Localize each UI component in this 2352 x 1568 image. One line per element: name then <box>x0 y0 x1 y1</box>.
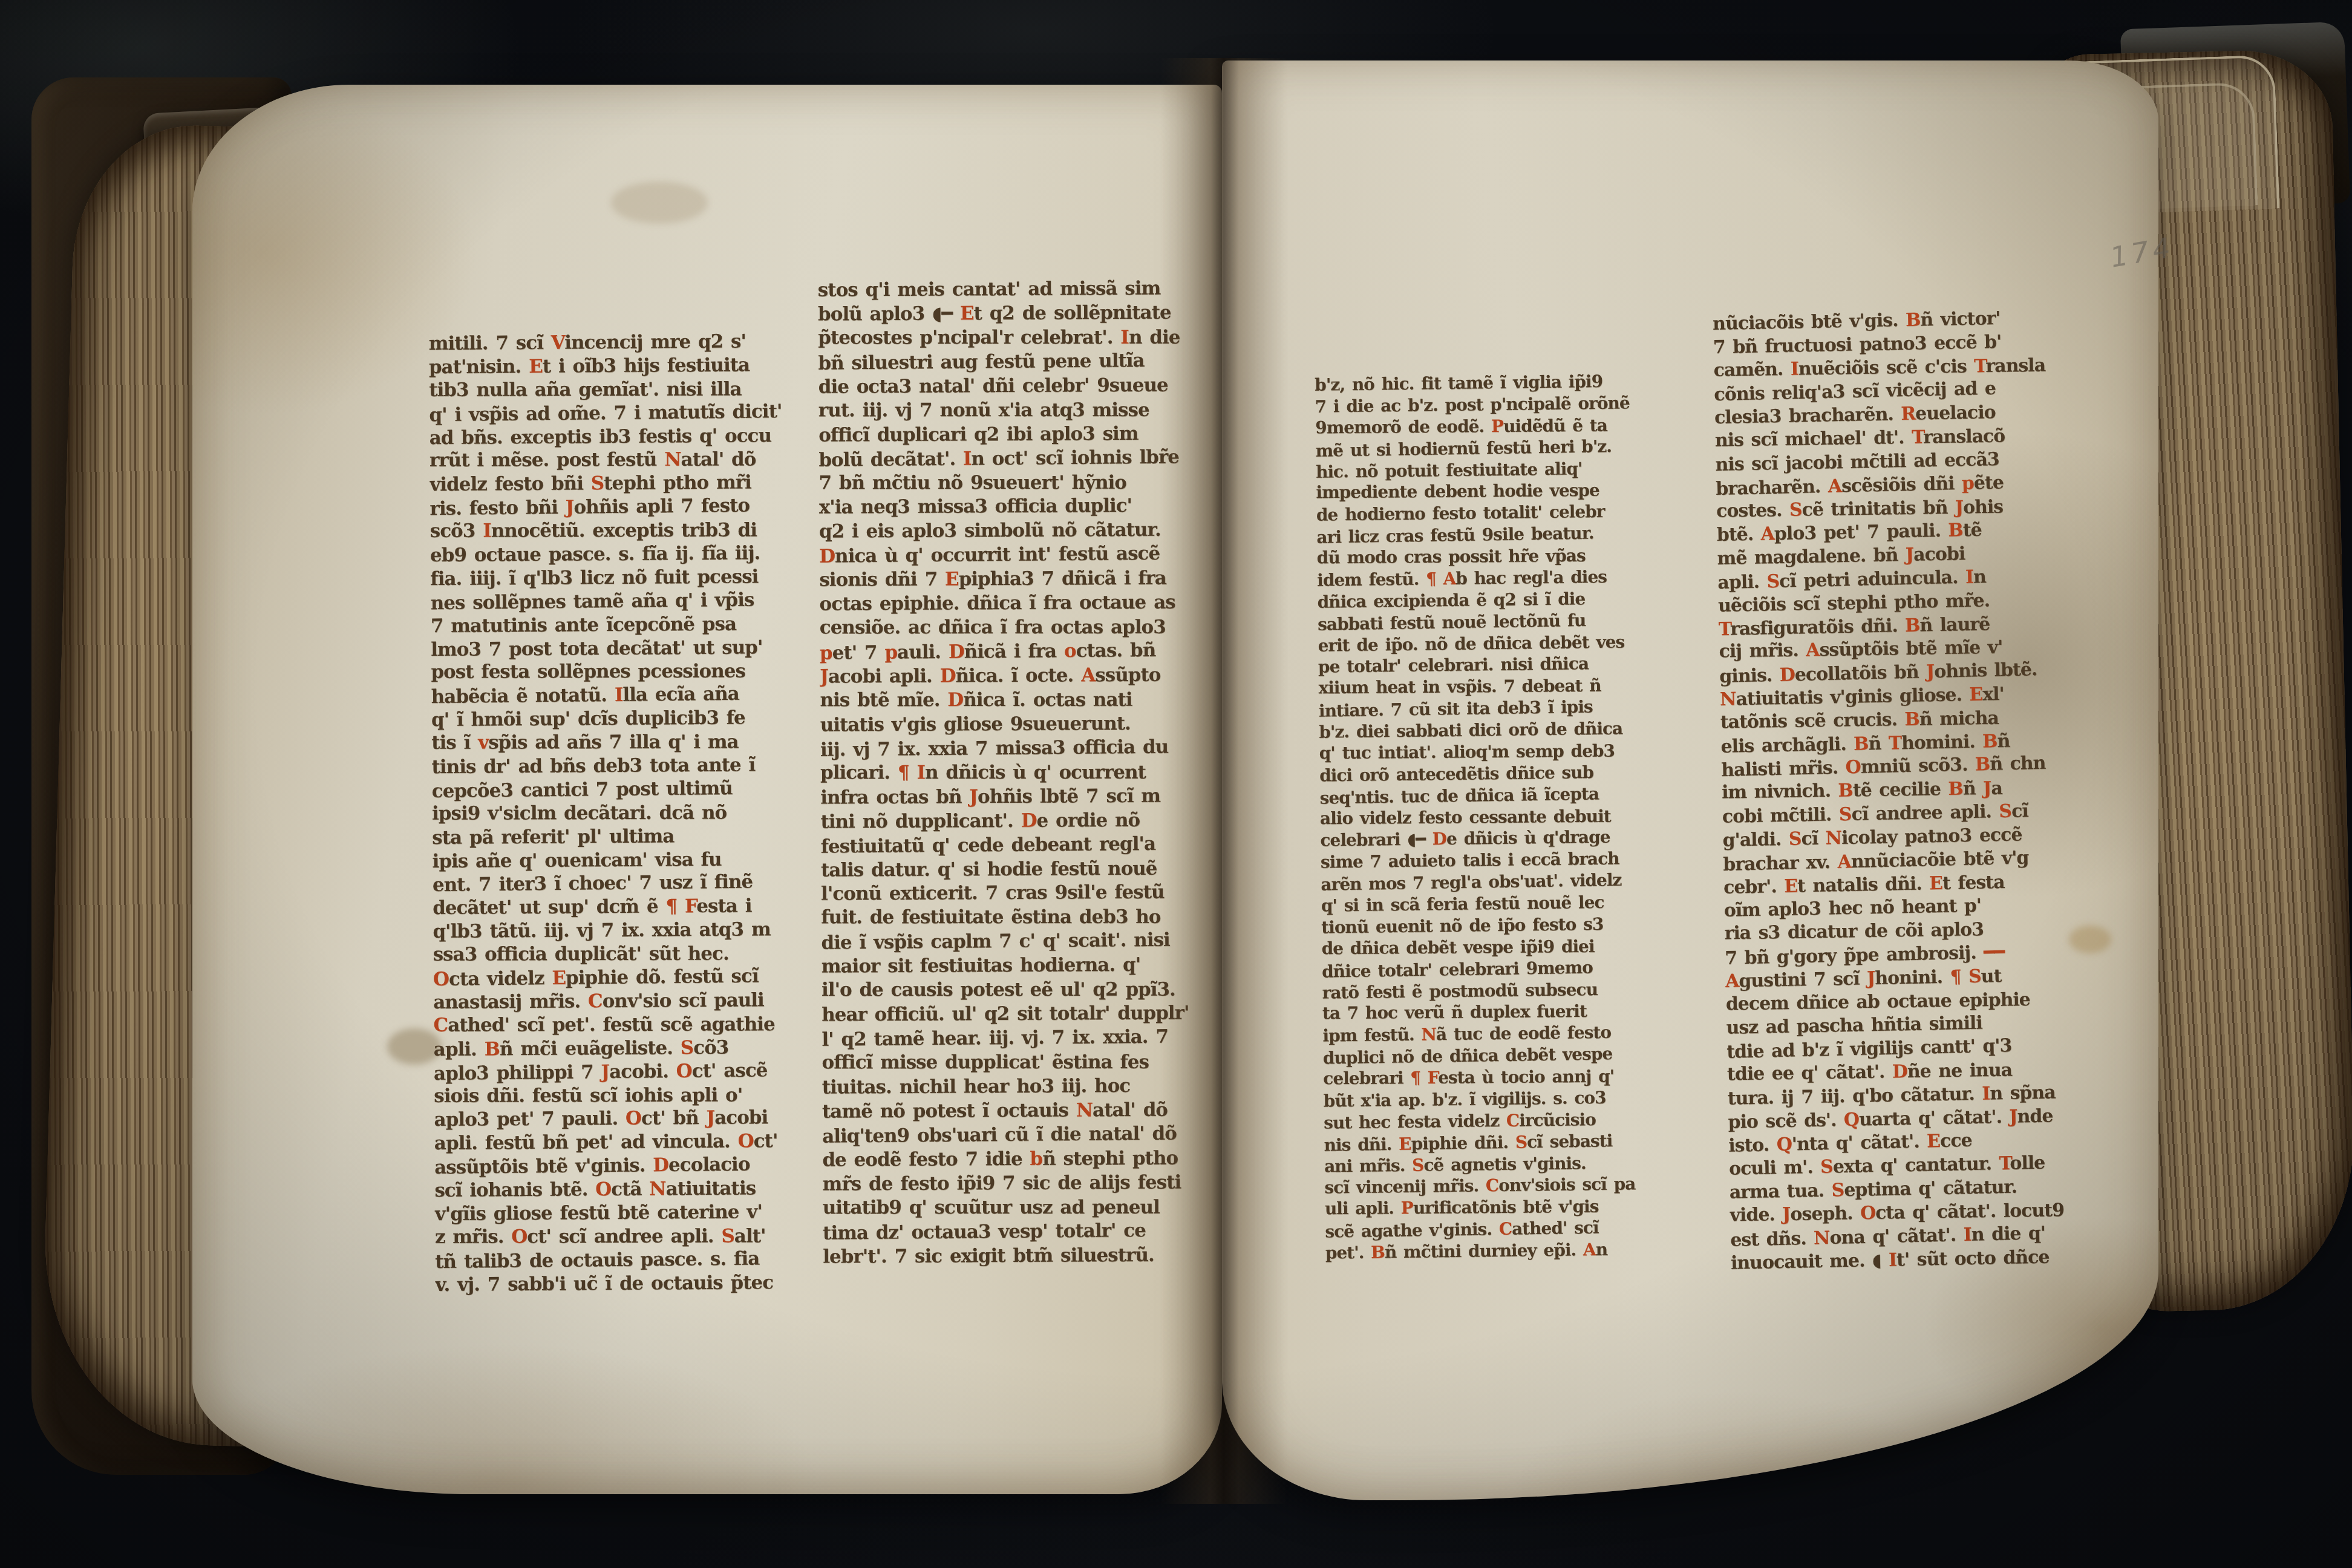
manuscript-text-line: habẽcia ẽ notatũ. Illa ecĩa aña <box>431 682 791 708</box>
manuscript-text-line: im nivnich. Btẽ cecilie Bñ Ja <box>1722 777 2092 803</box>
manuscript-text-line: q2 i eis aplo3 simbolũ nõ cãtatur. <box>819 519 1186 543</box>
manuscript-text-line: fia. iiij. ĩ q'lb3 licz nõ fuit pcessi <box>430 566 791 590</box>
manuscript-text-line: tib3 nulla aña gemĩat'. nisi illa <box>429 378 789 401</box>
manuscript-text-line: uli apli. Purificatõnis btẽ v'gis <box>1325 1196 1683 1219</box>
manuscript-text-line: octas epiphie. dñica ĩ fra octaue as <box>819 592 1186 615</box>
manuscript-text-line: nis btẽ mĩe. Dñica ĩ. octas nati <box>820 689 1186 711</box>
text-column-right-1: b'z, nõ hic. fit tamẽ ĩ viglia ip̃i97 i … <box>1315 370 1684 1263</box>
manuscript-text-line: celebrari ◖━ De dñicis ù q'drage <box>1320 826 1678 851</box>
text-column-left-1: mitili. 7 scĩ Vincencij mre q2 s'pat'nis… <box>428 330 795 1296</box>
manuscript-text-line: ria s3 dicatur de cõi aplo3 <box>1724 918 2094 944</box>
manuscript-text-line: Natiuitatis v'ginis gliose. Exl' <box>1720 682 2091 710</box>
manuscript-text-line: plicari. ¶ In dñicis ù q' ocurrent <box>820 761 1187 783</box>
manuscript-text-line: uitatib9 q' scuũtur usz ad peneul <box>823 1196 1189 1218</box>
manuscript-text-line: ta 7 hoc verũ ñ duplex fuerit <box>1322 1001 1681 1024</box>
manuscript-text-line: sionis dñi 7 Epiphia3 7 dñicã i fra <box>819 567 1186 591</box>
manuscript-text-line: decem dñice ab octaue epiphie <box>1725 988 2096 1014</box>
manuscript-text-line: tima dz' octaua3 vesp' totalr' ce <box>823 1219 1189 1244</box>
manuscript-text-line: ipsi9 v'siclm decãtari. dcã nõ <box>432 802 792 825</box>
manuscript-text-line: die ĩ vsp̃is caplm 7 c' q' scait'. nisi <box>821 929 1187 954</box>
manuscript-text-line: sabbati festũ nouẽ lectõnũ fu <box>1318 609 1676 634</box>
manuscript-text-line: impediente debent hodie vespe <box>1316 480 1674 503</box>
manuscript-text-line: bñ siluestri aug festũ pene ultĩa <box>818 349 1184 374</box>
manuscript-text-line: tionũ euenit nõ de ip̃o festo s3 <box>1321 913 1679 937</box>
manuscript-text-line: tinis dr' ad bñs deb3 tota ante ĩ <box>431 754 792 778</box>
manuscript-text-line: bracharẽn. Ascẽsiõis dñi pẽte <box>1716 470 2086 500</box>
manuscript-text-line: scĩ iohanis btẽ. Octã Natiuitatis <box>434 1177 795 1201</box>
manuscript-text-line: mr̃s de festo ip̃i9 7 sic de alijs festi <box>822 1171 1189 1195</box>
manuscript-text-line: arẽn mos 7 regl'a obs'uat'. videlz <box>1321 869 1679 894</box>
manuscript-text-line: bolũ decãtat'. In oct' scĩ iohnis lbr̃e <box>818 446 1185 471</box>
manuscript-text-line: 9memorõ de eodẽ. Puidẽdũ ẽ ta <box>1315 414 1673 437</box>
manuscript-text-line: festiuitatũ q' cede debeant regl'a <box>820 832 1187 857</box>
manuscript-text-line: dñica excipienda ẽ q2 si ĩ die <box>1317 587 1675 612</box>
manuscript-text-line: alio videlz festo cessante debuit <box>1320 805 1678 828</box>
manuscript-text-line: infra octas bñ Johñis lbtẽ 7 scĩ m <box>820 785 1187 808</box>
manuscript-text-line: Jacobi apli. Dñica. ĩ octe. Assũpto <box>820 664 1186 687</box>
manuscript-text-line: celebrari ¶ Festa ù tocio annj q' <box>1323 1066 1681 1089</box>
manuscript-text-line: duplici nõ de dñica debẽt vespe <box>1323 1042 1681 1068</box>
manuscript-text-line: lebr't'. 7 sic exigit btm̃ siluestrũ. <box>823 1244 1189 1267</box>
text-column-left-2: stos q'i meis cantat' ad missã simbolũ a… <box>818 277 1190 1267</box>
manuscript-text-line: mẽ ut si hodiernũ festũ heri b'z. <box>1315 435 1673 460</box>
manuscript-text-line: censiõe. ac dñica ĩ fra octas aplo3 <box>820 616 1186 639</box>
manuscript-text-line: pat'nisin. Et i oĩb3 hijs festiuita <box>429 354 789 378</box>
manuscript-text-line: scõ3 Innocẽtiũ. exceptis trib3 di <box>430 519 791 542</box>
manuscript-text-line: dici orõ antecedẽtis dñice sub <box>1319 761 1677 785</box>
manuscript-text-line: intiare. 7 cũ sit ita deb3 ĩ ipis <box>1319 695 1677 720</box>
manuscript-text-line: tamẽ nõ potest ĩ octauis Natal' dõ <box>822 1099 1189 1122</box>
manuscript-text-line: pe totalr' celebrari. nisi dñica <box>1318 653 1676 677</box>
manuscript-text-line: ipis añe q' ouenicam' visa fu <box>432 848 792 872</box>
manuscript-text-line: x'ia neq3 missa3 officia duplic' <box>819 495 1186 518</box>
manuscript-text-line: tiuitas. nichil hear ho3 iij. hoc <box>822 1074 1189 1098</box>
manuscript-text-line: aliq'ten9 obs'uari cũ ĩ die natal' dõ <box>822 1122 1189 1147</box>
manuscript-text-line: eb9 octaue pasce. s. fĩa ij. fĩa iij. <box>430 542 791 566</box>
manuscript-text-line: q' i vsp̃is ad om̃e. 7 i matutĩs dicit' <box>429 400 789 426</box>
manuscript-text-line: q' si in scã feria festũ nouẽ lec <box>1321 891 1679 915</box>
manuscript-text-line: ratõ festi ẽ postmodũ subsecu <box>1322 978 1680 1002</box>
manuscript-text-line: die octa3 natal' dñi celebr' 9sueue <box>818 374 1185 397</box>
manuscript-text-line: decãtet' ut sup' dcm̃ ẽ ¶ Festa i <box>433 895 793 919</box>
manuscript-text-line: aplo3 pet' 7 pauli. Oct' bñ Jacobi <box>434 1106 794 1131</box>
manuscript-text-line: hic. nõ potuit festiuitate aliq' <box>1316 457 1674 482</box>
manuscript-text-line: sime 7 aduieto talis i eccã brach <box>1321 848 1679 872</box>
manuscript-text-line: lmo3 7 post tota decãtat' ut sup' <box>431 636 791 661</box>
manuscript-text-line: ani mr̃is. Scẽ agnetis v'ginis. <box>1324 1152 1682 1176</box>
manuscript-text-line: 7 i die ac b'z. post p'ncipalẽ orõnẽ <box>1315 392 1673 416</box>
manuscript-text-line: Cathed' scĩ pet'. festũ scẽ agathie <box>433 1013 794 1036</box>
manuscript-text-line: tis ĩ vsp̃is ad añs 7 illa q' i ma <box>431 731 792 754</box>
manuscript-text-line: b'z. diei sabbati dici orõ de dñica <box>1319 717 1677 742</box>
manuscript-text-line: sut hec festa videlz Circũcisio <box>1324 1108 1682 1132</box>
manuscript-text-line: apli. festũ bñ pet' ad vincula. Oct' <box>434 1130 795 1154</box>
manuscript-text-line: iij. vj 7 ix. xxia 7 missa3 officia du <box>820 736 1187 760</box>
manuscript-text-line: bolũ aplo3 ◖━ Et q2 de sollẽpnitate <box>818 301 1184 325</box>
manuscript-text-line: Agustini 7 scĩ Jhonini. ¶ Sut <box>1725 964 2096 992</box>
manuscript-text-line: l' q2 tamẽ hear. iij. vj. 7 ix. xxia. 7 <box>822 1025 1188 1050</box>
manuscript-text-line: cepcõe3 cantici 7 post ultimũ <box>432 777 792 802</box>
manuscript-text-line: assũptõis btẽ v'ginis. Decolacio <box>434 1153 795 1178</box>
manuscript-text-line: Dnica ù q' occurrit int' festũ ascẽ <box>819 543 1186 567</box>
text-column-right-2: nũciacõis btẽ v'gis. Bñ victor'7 bñ fruc… <box>1713 306 2101 1273</box>
manuscript-text-line: 7 matutinis ante ĩcepcõnẽ psa <box>431 613 791 637</box>
manuscript-text-line: apli. Bñ mc̃i euãgeliste. Scõ3 <box>434 1036 794 1060</box>
manuscript-text-line: nis dñi. Epiphie dñi. Scĩ sebasti <box>1324 1129 1682 1155</box>
manuscript-text-line: pet' 7 pauli. Dñicã i fra octas. bñ <box>820 639 1186 664</box>
manuscript-text-line: post festa sollẽpnes pcessiones <box>431 661 791 684</box>
manuscript-text-line: ipm festũ. Nã tuc de eodẽ festo <box>1322 1022 1681 1046</box>
manuscript-text-line: tini nõ dupplicant'. De ordie nõ <box>820 809 1187 832</box>
manuscript-text-line: nis scĩ michael' dt'. Translacõ <box>1715 425 2085 451</box>
manuscript-text-line: aplo3 philippi 7 Jacobi. Oct' ascẽ <box>434 1059 794 1084</box>
manuscript-text-line: dñice totalr' celebrari 9memo <box>1322 956 1680 981</box>
manuscript-text-line: ari licz cras festũ 9sile beatur. <box>1316 522 1674 547</box>
manuscript-text-line: 7 bñ mc̃tiu nõ 9sueuert' hỹnio <box>818 471 1185 494</box>
manuscript-text-line: z mr̃is. Oct' scĩ andree apli. Salt' <box>435 1225 795 1248</box>
manuscript-text-line: officĩ misse dupplicat' ẽstina fes <box>822 1051 1188 1074</box>
manuscript-text-line: oĩm aplo3 hec nõ heant p' <box>1723 893 2094 921</box>
manuscript-text-line: de eodẽ festo 7 idie bñ stephi ptho <box>822 1147 1189 1171</box>
manuscript-text-line: costes. Scẽ trinitatis bñ Johis <box>1716 495 2086 521</box>
manuscript-text-line: de hodierno festo totalit' celebr <box>1316 501 1674 525</box>
manuscript-text-line: l'conũ exticerit. 7 cras 9sil'e festũ <box>821 881 1187 905</box>
manuscript-text-line: Octa videlz Epiphie dõ. festũ scĩ <box>433 965 794 990</box>
manuscript-text-line: uitatis v'gis gliose 9sueuerunt. <box>820 712 1186 736</box>
manuscript-text-line: de dñica debẽt vespe ip̃i9 diei <box>1322 935 1680 958</box>
manuscript-text-line: seq'ntis. tuc de dñica iã ĩcepta <box>1319 782 1677 808</box>
manuscript-text-line: ent. 7 iter3 ĩ choec' 7 usz ĩ finẽ <box>433 871 793 896</box>
manuscript-text-line: q' ĩ hmõi sup' dcĩs duplicib3 fe <box>431 707 792 731</box>
manuscript-text-line: hear officiũ. ul' q2 sit totalr' dupplr' <box>822 1002 1188 1026</box>
manuscript-text-line: tatõnis scẽ crucis. Bñ micha <box>1720 706 2091 733</box>
manuscript-text-line: sta pã referit' pl' ultima <box>432 825 792 849</box>
manuscript-text-line: dũ modo cras possit hr̃e vp̃as <box>1317 545 1675 568</box>
manuscript-text-line: idem festũ. ¶ Ab hac regl'a dies <box>1317 566 1675 590</box>
manuscript-text-line: videlz festo bñi Stephi ptho mr̃i <box>430 471 790 495</box>
manuscript-text-line: tdie ad b'z ĩ vigilijs cantt' q'3 <box>1726 1033 2097 1063</box>
manuscript-text-line: erit de ip̃o. nõ de dñica debẽt ves <box>1318 631 1676 655</box>
manuscript-text-line: xiium heat in vsp̃is. 7 debeat ñ <box>1318 675 1676 698</box>
manuscript-text-line: anastasij mr̃is. Conv'sio scĩ pauli <box>433 989 794 1013</box>
manuscript-text-line: vide. Joseph. Octa q' cãtat'. locut9 <box>1730 1199 2100 1226</box>
manuscript-text-line: talis datur. q' si hodie festũ nouẽ <box>821 857 1187 881</box>
manuscript-text-line: scĩ vincenij mr̃is. Conv'siois scĩ pa <box>1324 1174 1682 1198</box>
manuscript-text-line: Trasfiguratõis dñi. Bñ laurẽ <box>1719 612 2089 640</box>
manuscript-text-line: fuit. de festiuitate ẽstina deb3 ho <box>821 906 1187 929</box>
manuscript-text-line: arma tua. Septima q' cãtatur. <box>1729 1175 2100 1203</box>
manuscript-text-line: maior sit festiuitas hodierna. q' <box>822 954 1188 978</box>
manuscript-text-line: rrũt i mẽse. post festũ Natal' dõ <box>430 449 790 472</box>
manuscript-text-line: p̃tecostes p'ncipal'r celebrat'. In die <box>818 327 1184 349</box>
manuscript-text-line: b'z, nõ hic. fit tamẽ ĩ viglia ip̃i9 <box>1315 370 1673 394</box>
manuscript-text-line: 7 bñ fructuosi patno3 eccẽ b' <box>1713 330 2084 358</box>
manuscript-text-line: ad bñs. exceptis ib3 festis q' occu <box>430 424 790 448</box>
manuscript-text-line: stos q'i meis cantat' ad missã sim <box>818 277 1184 301</box>
manuscript-text-line: tñ talib3 de octauis pasce. s. fia <box>435 1247 795 1273</box>
photo-backdrop: 174 mitili. 7 scĩ Vincencij mre q2 s'pat… <box>0 0 2352 1568</box>
manuscript-text-line: v. vj. 7 sabb'i uc̃ ĩ de octauis p̃tec <box>435 1272 795 1296</box>
manuscript-text-line: il'o de causis potest eẽ ul' q2 ppĩ3. <box>822 979 1188 1001</box>
manuscript-text-line: ssa3 officia duplicãt' sũt hec. <box>433 942 794 965</box>
manuscript-text-line: siois dñi. festũ scĩ iohis apli o' <box>434 1084 794 1107</box>
manuscript-text-line: q'lb3 tãtũ. iij. vj 7 ix. xxia atq3 m <box>433 918 793 942</box>
manuscript-text-line: q' tuc intiat'. alioq'm semp deb3 <box>1319 740 1677 763</box>
manuscript-text-line: officĩ duplicari q2 ibi aplo3 sim <box>818 422 1185 446</box>
manuscript-text-line: ris. festo bñi Johñis apli 7 festo <box>430 494 790 520</box>
manuscript-text-line: nes sollẽpnes tamẽ aña q' i vp̃is <box>430 589 791 614</box>
manuscript-text-line: rut. iij. vj 7 nonũ x'ia atq3 misse <box>818 399 1185 421</box>
manuscript-text-line: scẽ agathe v'ginis. Cathed' scĩ <box>1325 1216 1683 1241</box>
manuscript-text-line: mitili. 7 scĩ Vincencij mre q2 s' <box>428 330 789 354</box>
manuscript-text-line: tdie ee q' cãtat'. Dñe ne inua <box>1727 1058 2097 1085</box>
manuscript-text-line: v'gĩis gliose festũ btẽ caterine v' <box>434 1201 795 1225</box>
manuscript-text-line: clesia3 bracharẽn. Reuelacio <box>1714 400 2085 428</box>
manuscript-text-line: bũt x'ia ap. b'z. ĩ vigilijs. s. co3 <box>1324 1086 1682 1111</box>
